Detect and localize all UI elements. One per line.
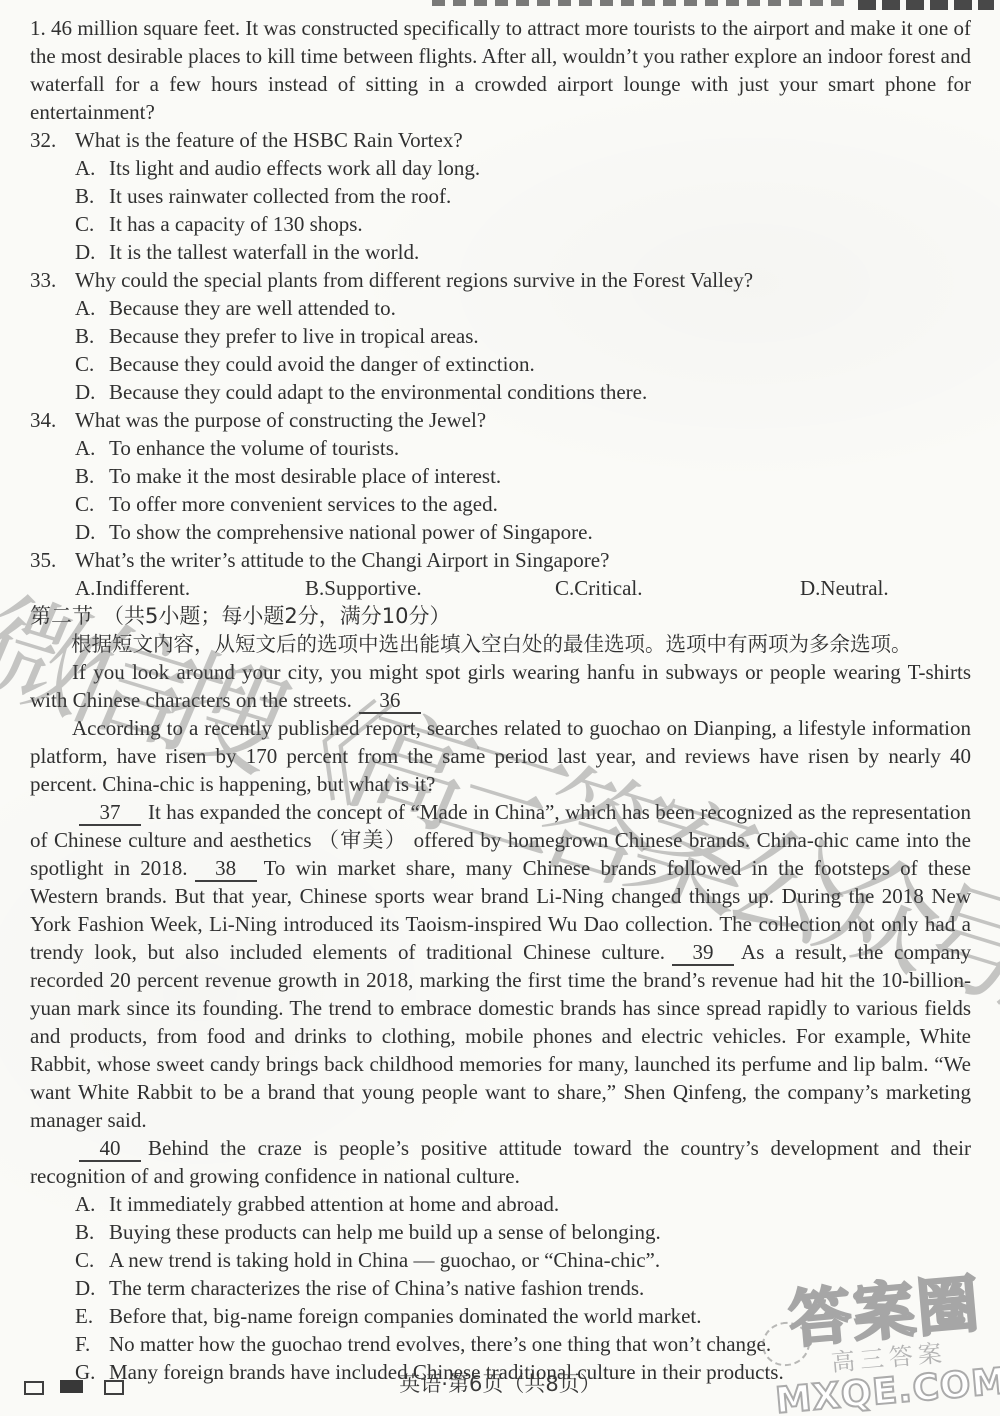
- blank-37: 37: [79, 800, 141, 826]
- passage-text: According to a recently published report…: [30, 716, 971, 796]
- option-label: A.: [75, 294, 109, 322]
- option-text: It uses rainwater collected from the roo…: [109, 184, 451, 208]
- option-label: B.: [75, 182, 109, 210]
- choice-d: D.The term characterizes the rise of Chi…: [30, 1274, 971, 1302]
- passage-text: Behind the craze is people’s positive at…: [30, 1136, 971, 1188]
- option-text: To offer more convenient services to the…: [109, 492, 498, 516]
- option-label: A.: [75, 434, 109, 462]
- option-text: It has a capacity of 130 shops.: [109, 212, 363, 236]
- option-32-b: B.It uses rainwater collected from the r…: [30, 182, 971, 210]
- option-34-b: B.To make it the most desirable place of…: [30, 462, 971, 490]
- option-text: To make it the most desirable place of i…: [109, 464, 501, 488]
- blank-40: 40: [79, 1136, 141, 1162]
- option-label: C.: [75, 490, 109, 518]
- cutoff-text-remnant-dark: [858, 0, 994, 10]
- lead-paragraph: 1. 46 million square feet. It was constr…: [30, 14, 971, 126]
- option-label: E.: [75, 1302, 109, 1330]
- option-text: Indifferent.: [95, 576, 190, 600]
- option-label: D.: [800, 576, 820, 600]
- option-text: It immediately grabbed attention at home…: [109, 1192, 559, 1216]
- question-number: 35.: [30, 546, 75, 574]
- choice-c: C.A new trend is taking hold in China — …: [30, 1246, 971, 1274]
- question-33: 33.Why could the special plants from dif…: [30, 266, 971, 294]
- option-label: D.: [75, 378, 109, 406]
- question-text: What’s the writer’s attitude to the Chan…: [75, 548, 609, 572]
- option-text: Supportive.: [324, 576, 421, 600]
- option-33-c: C.Because they could avoid the danger of…: [30, 350, 971, 378]
- option-34-c: C.To offer more convenient services to t…: [30, 490, 971, 518]
- question-32: 32.What is the feature of the HSBC Rain …: [30, 126, 971, 154]
- passage-paragraph-1: If you look around your city, you might …: [30, 658, 971, 714]
- blank-39: 39: [672, 940, 734, 966]
- option-label: B.: [75, 462, 109, 490]
- option-35-c: C.Critical.: [555, 574, 643, 602]
- option-35-b: B.Supportive.: [305, 574, 422, 602]
- option-text: Because they are well attended to.: [109, 296, 396, 320]
- option-text: It is the tallest waterfall in the world…: [109, 240, 419, 264]
- option-label: F.: [75, 1330, 109, 1358]
- option-text: To enhance the volume of tourists.: [109, 436, 399, 460]
- option-label: C.: [75, 350, 109, 378]
- blank-38: 38: [195, 856, 257, 882]
- option-33-a: A.Because they are well attended to.: [30, 294, 971, 322]
- question-text: Why could the special plants from differ…: [75, 268, 753, 292]
- section-title: 第二节: [30, 604, 93, 628]
- question-text: What is the feature of the HSBC Rain Vor…: [75, 128, 463, 152]
- option-label: B.: [75, 1218, 109, 1246]
- option-34-a: A.To enhance the volume of tourists.: [30, 434, 971, 462]
- passage-paragraph-2: According to a recently published report…: [30, 714, 971, 798]
- option-34-d: D.To show the comprehensive national pow…: [30, 518, 971, 546]
- option-text: A new trend is taking hold in China — gu…: [109, 1248, 660, 1272]
- option-text: Before that, big-name foreign companies …: [109, 1304, 701, 1328]
- option-text: To show the comprehensive national power…: [109, 520, 593, 544]
- option-32-a: A.Its light and audio effects work all d…: [30, 154, 971, 182]
- option-label: A.: [75, 154, 109, 182]
- choice-b: B.Buying these products can help me buil…: [30, 1218, 971, 1246]
- scanned-exam-page: 1. 46 million square feet. It was constr…: [0, 0, 1000, 1416]
- choice-a: A.It immediately grabbed attention at ho…: [30, 1190, 971, 1218]
- option-33-d: D.Because they could adapt to the enviro…: [30, 378, 971, 406]
- option-label: D.: [75, 1274, 109, 1302]
- option-label: C.: [75, 1246, 109, 1274]
- option-text: Because they could avoid the danger of e…: [109, 352, 535, 376]
- option-32-d: D.It is the tallest waterfall in the wor…: [30, 238, 971, 266]
- option-label: B.: [305, 576, 324, 600]
- cutoff-text-remnant: [432, 0, 852, 6]
- question-35: 35.What’s the writer’s attitude to the C…: [30, 546, 971, 574]
- option-label: A.: [75, 1190, 109, 1218]
- section-score-meta: （共5小题；每小题2分，满分10分）: [103, 604, 450, 628]
- question-number: 33.: [30, 266, 75, 294]
- blank-36: 36: [359, 688, 421, 714]
- option-33-b: B.Because they prefer to live in tropica…: [30, 322, 971, 350]
- option-label: D.: [75, 518, 109, 546]
- question-text: What was the purpose of constructing the…: [75, 408, 486, 432]
- option-text: No matter how the guochao trend evolves,…: [109, 1332, 771, 1356]
- option-label: B.: [75, 322, 109, 350]
- question-number: 34.: [30, 406, 75, 434]
- passage-text: As a result, the company recorded 20 per…: [30, 940, 971, 1132]
- question-number: 32.: [30, 126, 75, 154]
- passage-paragraph-3: 37It has expanded the concept of “Made i…: [30, 798, 971, 1134]
- option-text: Because they prefer to live in tropical …: [109, 324, 479, 348]
- option-text: Buying these products can help me build …: [109, 1220, 661, 1244]
- page-content: 1. 46 million square feet. It was constr…: [30, 14, 971, 1386]
- passage-paragraph-4: 40Behind the craze is people’s positive …: [30, 1134, 971, 1190]
- option-35-d: D.Neutral.: [800, 574, 889, 602]
- option-text: Critical.: [574, 576, 642, 600]
- option-text: Its light and audio effects work all day…: [109, 156, 480, 180]
- question-34: 34.What was the purpose of constructing …: [30, 406, 971, 434]
- option-label: C.: [75, 210, 109, 238]
- option-35-a: A.Indifferent.: [75, 574, 190, 602]
- option-text: The term characterizes the rise of China…: [109, 1276, 644, 1300]
- choice-e: E.Before that, big-name foreign companie…: [30, 1302, 971, 1330]
- option-label: A.: [75, 576, 95, 600]
- section-instructions: 根据短文内容，从短文后的选项中选出能填入空白处的最佳选项。选项中有两项为多余选项…: [30, 630, 971, 658]
- footer-page-number: 英语·第6页（共8页）: [0, 1368, 1000, 1398]
- passage-text: If you look around your city, you might …: [30, 660, 971, 712]
- option-text: Because they could adapt to the environm…: [109, 380, 647, 404]
- option-label: C.: [555, 576, 574, 600]
- question-35-options: A.Indifferent. B.Supportive. C.Critical.…: [30, 574, 971, 602]
- option-label: D.: [75, 238, 109, 266]
- option-text: Neutral.: [820, 576, 888, 600]
- section-heading: 第二节（共5小题；每小题2分，满分10分）: [30, 602, 971, 630]
- choice-f: F.No matter how the guochao trend evolve…: [30, 1330, 971, 1358]
- option-32-c: C.It has a capacity of 130 shops.: [30, 210, 971, 238]
